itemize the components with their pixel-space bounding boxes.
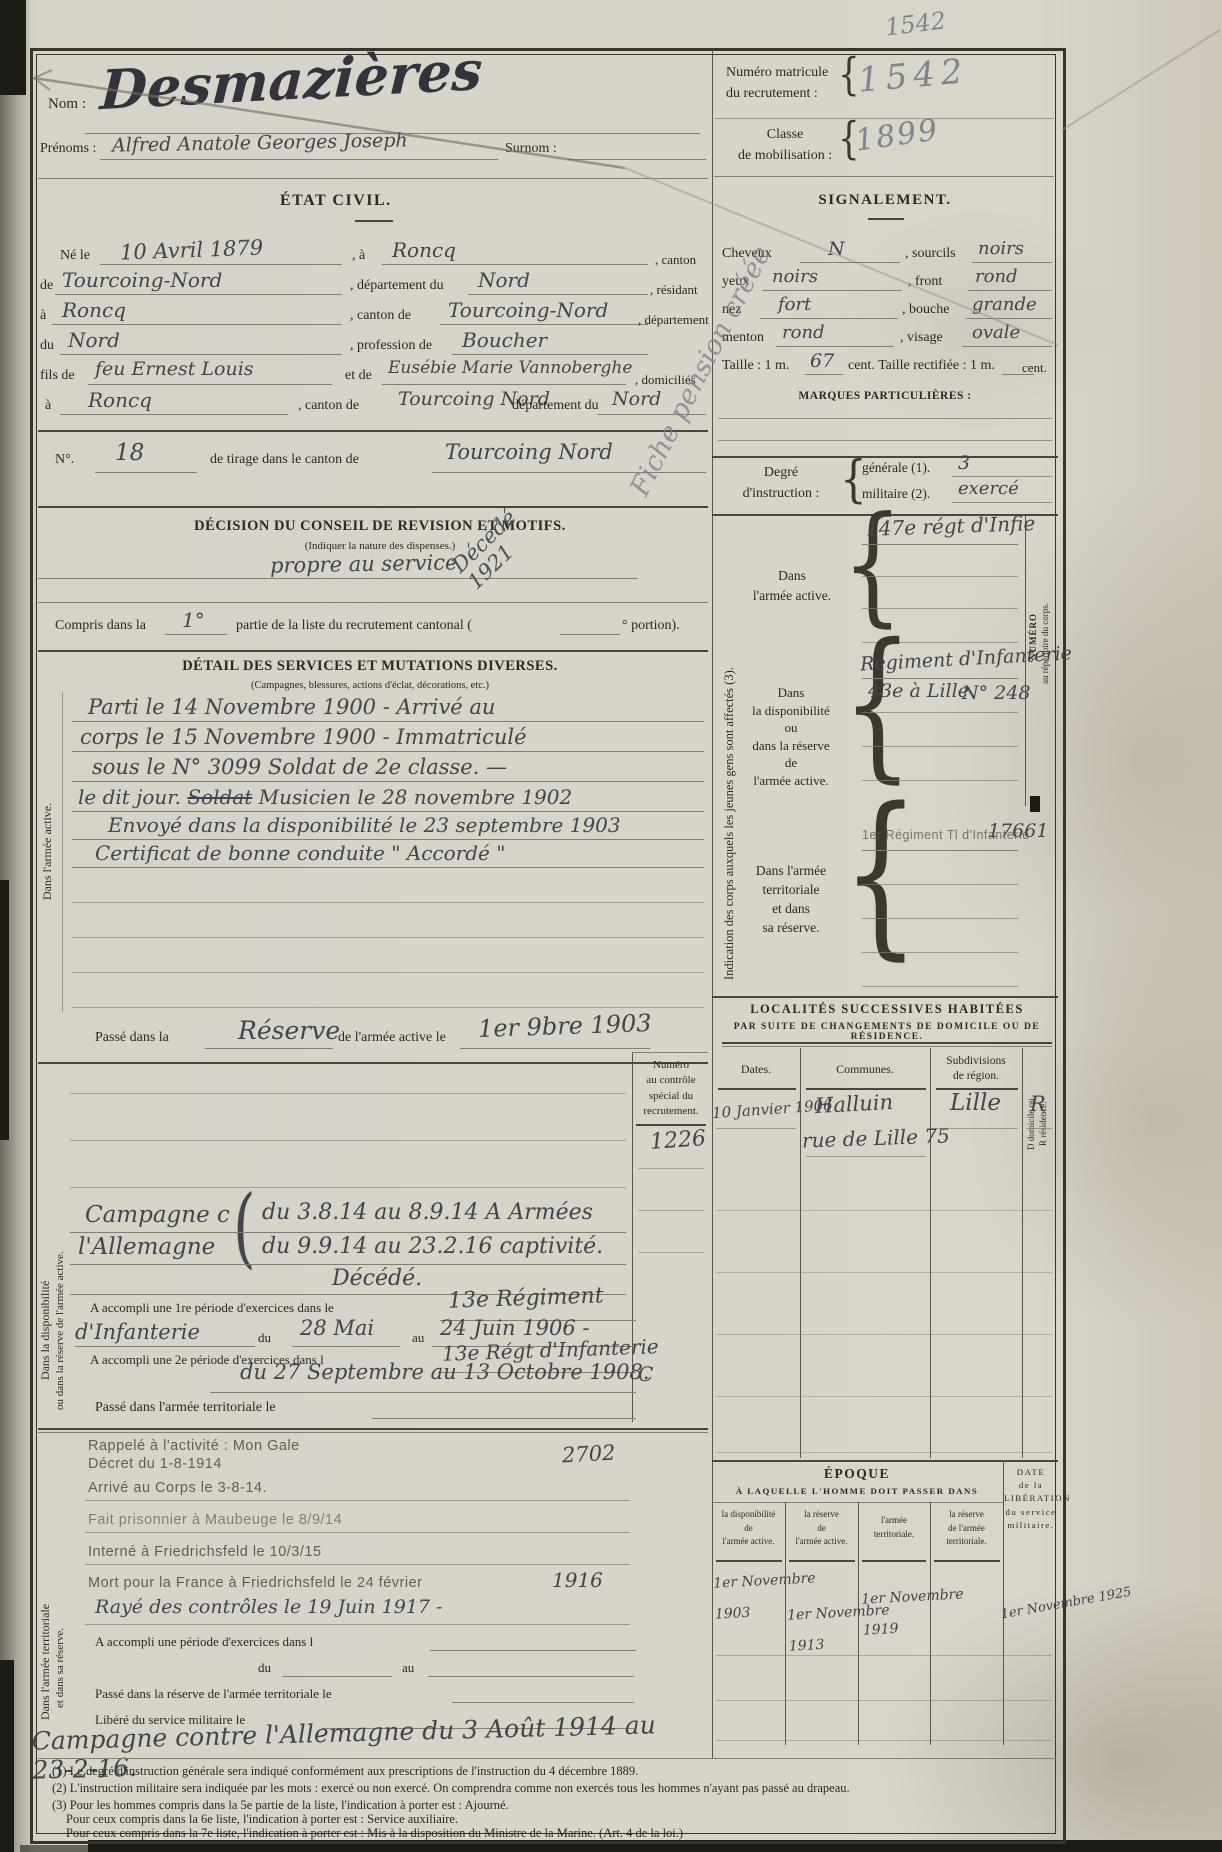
taille-rectifiee-label: cent. Taille rectifiée : 1 m. [848,358,995,374]
sourcils-label: , sourcils [905,246,956,262]
corps-terr-brace: { [842,785,920,962]
a-label: , à [352,248,365,264]
corps-active-label: Dans l'armée active. [742,566,842,607]
tirage-canton-value: Tourcoing Nord [445,440,613,464]
services-line-5: Envoyé dans la disponibilité le 23 septe… [108,813,621,837]
instruction-generale-value: 3 [958,452,970,474]
mere-value: Eusébie Marie Vannoberghe [388,358,632,378]
localites-subtitle: PAR SUITE DE CHANGEMENTS DE DOMICILE OU … [722,1022,1052,1042]
domicile-a-label: à [45,398,51,414]
footnote-1: (1) Le degré d'instruction générale sera… [52,1764,1052,1779]
ne-le-label: Né le [60,248,90,264]
scanned-military-record: 1542 Nom : Desmazières Prénoms : Alfred … [0,0,1222,1852]
taille-value: 67 [810,350,834,372]
periode1-date-debut: 28 Mai [300,1316,374,1340]
campagne-dates-1: du 3.8.14 au 8.9.14 A Armées [262,1200,593,1225]
periode1-du-label: du [258,1330,271,1346]
canton-naissance-value: Tourcoing-Nord [62,268,222,292]
rappel-stamp: Rappelé à l'activité : Mon Gale [88,1438,300,1454]
front-label: , front [908,274,942,290]
menton-value: rond [782,322,825,343]
services-line-4-struck: Soldat [187,785,252,809]
campagne-allemagne-label: l'Allemagne [78,1234,215,1260]
mort-pour-la-france-line: Mort pour la France à Friedrichsfeld le … [88,1575,422,1591]
localites-col-subdiv: Subdivisions de région. [932,1054,1020,1084]
localites-row-adresse: rue de Lille 75 [802,1123,950,1152]
instruction-militaire-value: exercé [958,478,1019,499]
corps-dispo-number: N° 248 [962,682,1030,704]
de-label: de [40,278,53,294]
du-label: du [40,338,54,354]
numero-controle-terr-value: 2702 [561,1441,616,1468]
profession-label: , profession de [350,338,432,354]
scan-artifact [0,1660,14,1852]
passe-reserve-label-2: de l'armée active le [338,1030,446,1046]
epoque-col-4-label: la réserve de l'armée territoriale. [931,1508,1002,1549]
date-naissance-value: 10 Avril 1879 [120,236,264,265]
localites-row-commune: Halluin [814,1090,893,1118]
services-subtitle: (Campagnes, blessures, actions d'éclat, … [90,680,650,691]
front-value: rond [975,266,1018,287]
decision-subtitle: (Indiquer la nature des dispenses.) [110,540,650,552]
departement-domicile-value: Nord [612,388,661,410]
dispo-side-label-2: ou dans la réserve de l'armée active. [54,1080,66,1410]
canton-residence-label: , canton de [350,308,411,324]
decret-stamp: Décret du 1-8-1914 [88,1456,222,1472]
epoque-col-1-label: la disponibilité de l'armée active. [713,1508,784,1549]
localites-col-communes: Communes. [802,1062,928,1077]
departement-value: Nord [478,268,530,292]
taille-cent-label: cent. [1022,360,1047,376]
instruction-label: Degré d'instruction : [726,462,836,504]
departement-margin-label: , département [638,312,709,328]
periode-terr-du-label: du [258,1660,271,1676]
nom-label: Nom : [48,96,86,113]
campagne-decede: Décédé. [332,1266,422,1291]
passe-reserve-label: Passé dans la [95,1030,169,1046]
numero-controle-label: Numéro au contrôle spécial du recrutemen… [634,1058,708,1120]
taille-label: Taille : 1 m. [722,358,789,374]
bouche-value: grande [972,294,1037,315]
localites-col-dates: Dates. [714,1062,798,1077]
domicile-value: Roncq [88,388,152,412]
campagne-label: Campagne c [85,1202,230,1228]
brace: { [838,53,860,97]
services-title: DÉTAIL DES SERVICES ET MUTATIONS DIVERSE… [90,658,650,675]
epoque-col-3-value: 1er Novembre 1919 [860,1579,966,1646]
compris-label-3: ° portion). [622,618,680,634]
arrive-corps-stamp: Arrivé au Corps le 3-8-14. [88,1480,267,1496]
services-line-3: sous le N° 3099 Soldat de 2e classe. — [92,755,507,779]
campagne-brace: ( [233,1184,256,1271]
epoque-date-header: DATE de la LIBÉRATION du service militai… [1004,1466,1058,1532]
scan-artifact [20,1845,90,1852]
visage-label: , visage [900,330,943,346]
epoque-col-2-label: la réserve de l'armée active. [786,1508,857,1549]
visage-value: ovale [972,322,1020,343]
strip-end-mark [1030,796,1040,812]
classe-label: Classe de mobilisation : [738,124,832,166]
periode1-label: A accompli une 1re période d'exercices d… [90,1300,334,1316]
mort-year: 1916 [552,1568,603,1592]
passe-territoriale-label: Passé dans l'armée territoriale le [95,1400,276,1416]
epoque-title: ÉPOQUE [712,1466,1002,1482]
epoque-subtitle: À LAQUELLE L'HOMME DOIT PASSER DANS [712,1486,1002,1496]
passe-reserve-value: Réserve [238,1016,340,1045]
departement-domicile-label: département du [512,398,599,414]
canton-residence-value: Tourcoing-Nord [448,298,608,322]
services-line-1: Parti le 14 Novembre 1900 - Arrivé au [88,695,495,719]
epoque-col-3-label: l'armée territoriale. [859,1514,929,1541]
compris-label-2: partie de la liste du recrutement canton… [236,618,472,634]
profession-value: Boucher [462,328,547,352]
services-line-4b: Musicien le 28 novembre 1902 [259,785,573,809]
residant-margin-label: , résidant [650,282,698,298]
scan-artifact [0,0,26,95]
raye-controles-line: Rayé des contrôles le 19 Juin 1917 - [95,1596,442,1618]
corner-number: 1542 [884,6,948,41]
periode-terr-label: A accompli une période d'exercices dans … [95,1634,313,1650]
instruction-generale-label: générale (1). [862,460,930,476]
yeux-value: noirs [772,266,818,287]
corps-terr-label: Dans l'armée territoriale et dans sa rés… [738,862,844,938]
footnote-5: Pour ceux compris dans la 7e liste, l'in… [66,1826,1066,1841]
footnote-2: (2) L'instruction militaire sera indiqué… [52,1781,1052,1796]
numero-controle-value: 1226 [649,1126,707,1155]
decision-value: propre au service [270,550,458,577]
residence-a-label: à [40,308,46,324]
departement-residence-value: Nord [68,328,120,352]
compris-value: 1° [182,608,205,632]
localites-row-dr: R [1030,1092,1046,1116]
corps-dispo-value-2: 43e à Lille [868,680,969,702]
scan-artifact [0,880,9,1140]
terr-side-label-2: et dans sa réserve. [54,1488,66,1708]
pere-value: feu Ernest Louis [95,358,254,380]
canton-margin-label: , canton [655,252,696,268]
nez-value: fort [778,294,811,315]
residence-value: Roncq [62,298,126,322]
dispo-side-label-1: Dans la disponibilité [38,1110,53,1380]
services-line-4: le dit jour. Soldat Musicien le 28 novem… [78,785,572,809]
marques-label: MARQUES PARTICULIÈRES : [760,390,1010,402]
periode2-margin-note: C [638,1362,653,1386]
bouche-label: , bouche [902,302,949,318]
signalement-title: SIGNALEMENT. [760,192,1010,209]
campagne-dates-2: du 9.9.14 au 23.2.16 captivité. [262,1234,603,1259]
periode2-dates: du 27 Septembre au 13 Octobre 1908. [240,1360,650,1384]
periode1-infanterie: d'Infanterie [75,1320,200,1344]
services-line-6: Certificat de bonne conduite " Accordé " [95,841,505,865]
corps-dispo-brace: { [842,623,913,785]
corps-dispo-label: Dans la disponibilité ou dans la réserve… [738,684,844,789]
matricule-label: Numéro matricule du recrutement : [726,62,828,104]
corps-side-label: Indication des corps auxquels les jeunes… [722,530,737,980]
corps-terr-number: 17661 [988,820,1048,842]
footnote-4: Pour ceux compris dans la 6e liste, l'in… [66,1812,1066,1827]
services-line-2: corps le 15 Novembre 1900 - Immatriculé [80,725,527,749]
services-line-4a: le dit jour. [78,785,181,809]
sourcils-value: noirs [978,238,1024,259]
prisonnier-stamp: Fait prisonnier à Maubeuge le 8/9/14 [88,1512,342,1528]
etat-civil-title: ÉTAT CIVIL. [280,192,392,210]
tirage-no-label: N°. [55,452,74,468]
armee-active-side-label: Dans l'armée active. [40,680,55,900]
localites-title: LOCALITÉS SUCCESSIVES HABITÉES [722,1002,1052,1017]
footnote-3: (3) Pour les hommes compris dans la 5e p… [52,1798,1052,1813]
tirage-no-value: 18 [115,440,144,466]
terr-side-label-1: Dans l'armée territoriale [38,1470,53,1720]
interne-stamp: Interné à Friedrichsfeld le 10/3/15 [88,1544,322,1560]
departement-label: , département du [350,278,444,294]
surnom-label: Surnom : [505,141,557,157]
localites-row-subdivision: Lille [950,1090,1001,1116]
prenoms-label: Prénoms : [40,141,96,157]
canton-domicile-label: , canton de [298,398,359,414]
numero-repertoire-label-1: NUMÉRO [1028,540,1038,660]
periode1-au-label: au [412,1330,424,1346]
et-de-label: et de [345,368,372,384]
compris-label: Compris dans la [55,618,146,634]
passe-reserve-terr-label: Passé dans la réserve de l'armée territo… [95,1686,332,1702]
decision-title: DÉCISION DU CONSEIL DE REVISION ET MOTIF… [110,518,650,535]
lieu-naissance-value: Roncq [392,238,456,262]
fils-de-label: fils de [40,368,75,384]
tirage-text: de tirage dans le canton de [210,452,359,468]
cheveux-value: N [828,238,845,260]
periode-terr-au-label: au [402,1660,414,1676]
